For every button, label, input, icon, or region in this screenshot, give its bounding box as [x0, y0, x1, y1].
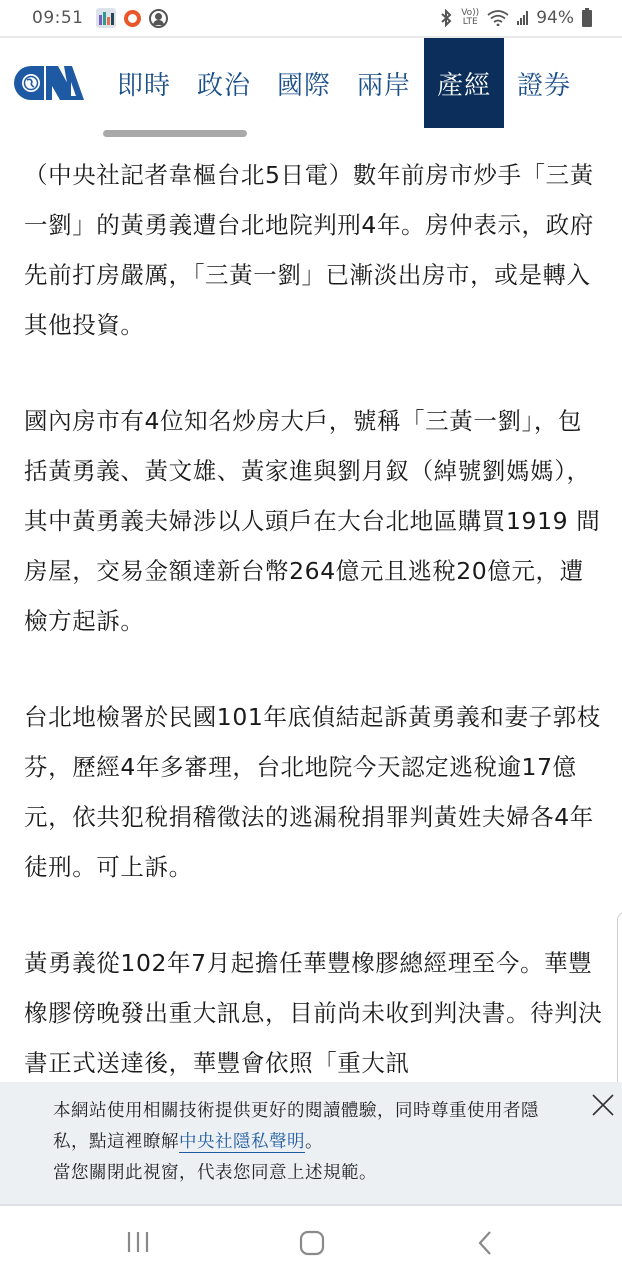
volte-icon: Vo)) LTE — [461, 9, 479, 27]
tab-international[interactable]: 國際 — [264, 38, 344, 128]
privacy-banner: 本網站使用相關技術提供更好的閱讀體驗，同時尊重使用者隱私，點這裡瞭解中央社隱私聲… — [0, 1082, 622, 1206]
back-button[interactable] — [477, 1230, 493, 1256]
tab-cross-strait[interactable]: 兩岸 — [344, 38, 424, 128]
system-nav-bar — [0, 1206, 622, 1280]
volte-bottom: LTE — [461, 18, 479, 27]
phone-screen: 09:51 Vo)) LTE — [0, 0, 622, 1280]
wifi-icon — [487, 10, 509, 26]
category-tabs: 即時 政治 國際 兩岸 產經 證券 — [104, 38, 584, 130]
account-icon — [149, 9, 168, 28]
status-time: 09:51 — [32, 8, 84, 28]
tab-realtime[interactable]: 即時 — [104, 38, 184, 128]
tab-economy[interactable]: 產經 — [424, 38, 504, 128]
ring-app-icon — [124, 10, 141, 27]
article-paragraph: 國內房市有4位知名炒房大戶，號稱「三黃一劉」，包括黃勇義、黃文雄、黃家進與劉月釵… — [24, 396, 604, 646]
status-right: Vo)) LTE 94% — [439, 8, 592, 28]
bluetooth-icon — [439, 9, 453, 27]
status-bar: 09:51 Vo)) LTE — [0, 0, 622, 36]
site-header: 即時 政治 國際 兩岸 產經 證券 — [0, 36, 622, 140]
article-body: （中央社記者韋樞台北5日電）數年前房市炒手「三黃一劉」的黃勇義遭台北地院判刑4年… — [24, 150, 604, 1134]
tab-securities[interactable]: 證券 — [504, 38, 584, 128]
privacy-consent-text: 當您關閉此視窗，代表您同意上述規範。 — [53, 1163, 377, 1183]
signal-icon — [517, 11, 528, 25]
article-paragraph: 台北地檢署於民國101年底偵結起訴黃勇義和妻子郭枝芬，歷經4年多審理，台北地院今… — [24, 692, 604, 892]
recent-apps-icon — [126, 1230, 150, 1254]
recent-apps-button[interactable] — [126, 1230, 150, 1254]
tab-politics[interactable]: 政治 — [184, 38, 264, 128]
battery-percent: 94% — [536, 8, 574, 28]
stats-app-icon — [96, 8, 116, 28]
back-icon — [477, 1230, 493, 1256]
battery-icon — [582, 10, 592, 27]
privacy-text: 本網站使用相關技術提供更好的閱讀體驗，同時尊重使用者隱私，點這裡瞭解中央社隱私聲… — [53, 1096, 563, 1189]
close-banner-button[interactable] — [590, 1092, 616, 1118]
close-icon — [590, 1092, 616, 1118]
article-paragraph: 黃勇義從102年7月起擔任華豐橡膠總經理至今。華豐橡膠傍晚發出重大訊息，目前尚未… — [24, 938, 604, 1088]
status-left: 09:51 — [32, 8, 168, 28]
home-button[interactable] — [299, 1230, 325, 1256]
privacy-text-end: 。 — [305, 1132, 323, 1152]
tabs-scrollbar[interactable] — [103, 130, 247, 137]
privacy-policy-link[interactable]: 中央社隱私聲明 — [179, 1132, 305, 1153]
cna-logo[interactable] — [14, 66, 84, 100]
home-icon — [299, 1230, 325, 1256]
article-paragraph: （中央社記者韋樞台北5日電）數年前房市炒手「三黃一劉」的黃勇義遭台北地院判刑4年… — [24, 150, 604, 350]
